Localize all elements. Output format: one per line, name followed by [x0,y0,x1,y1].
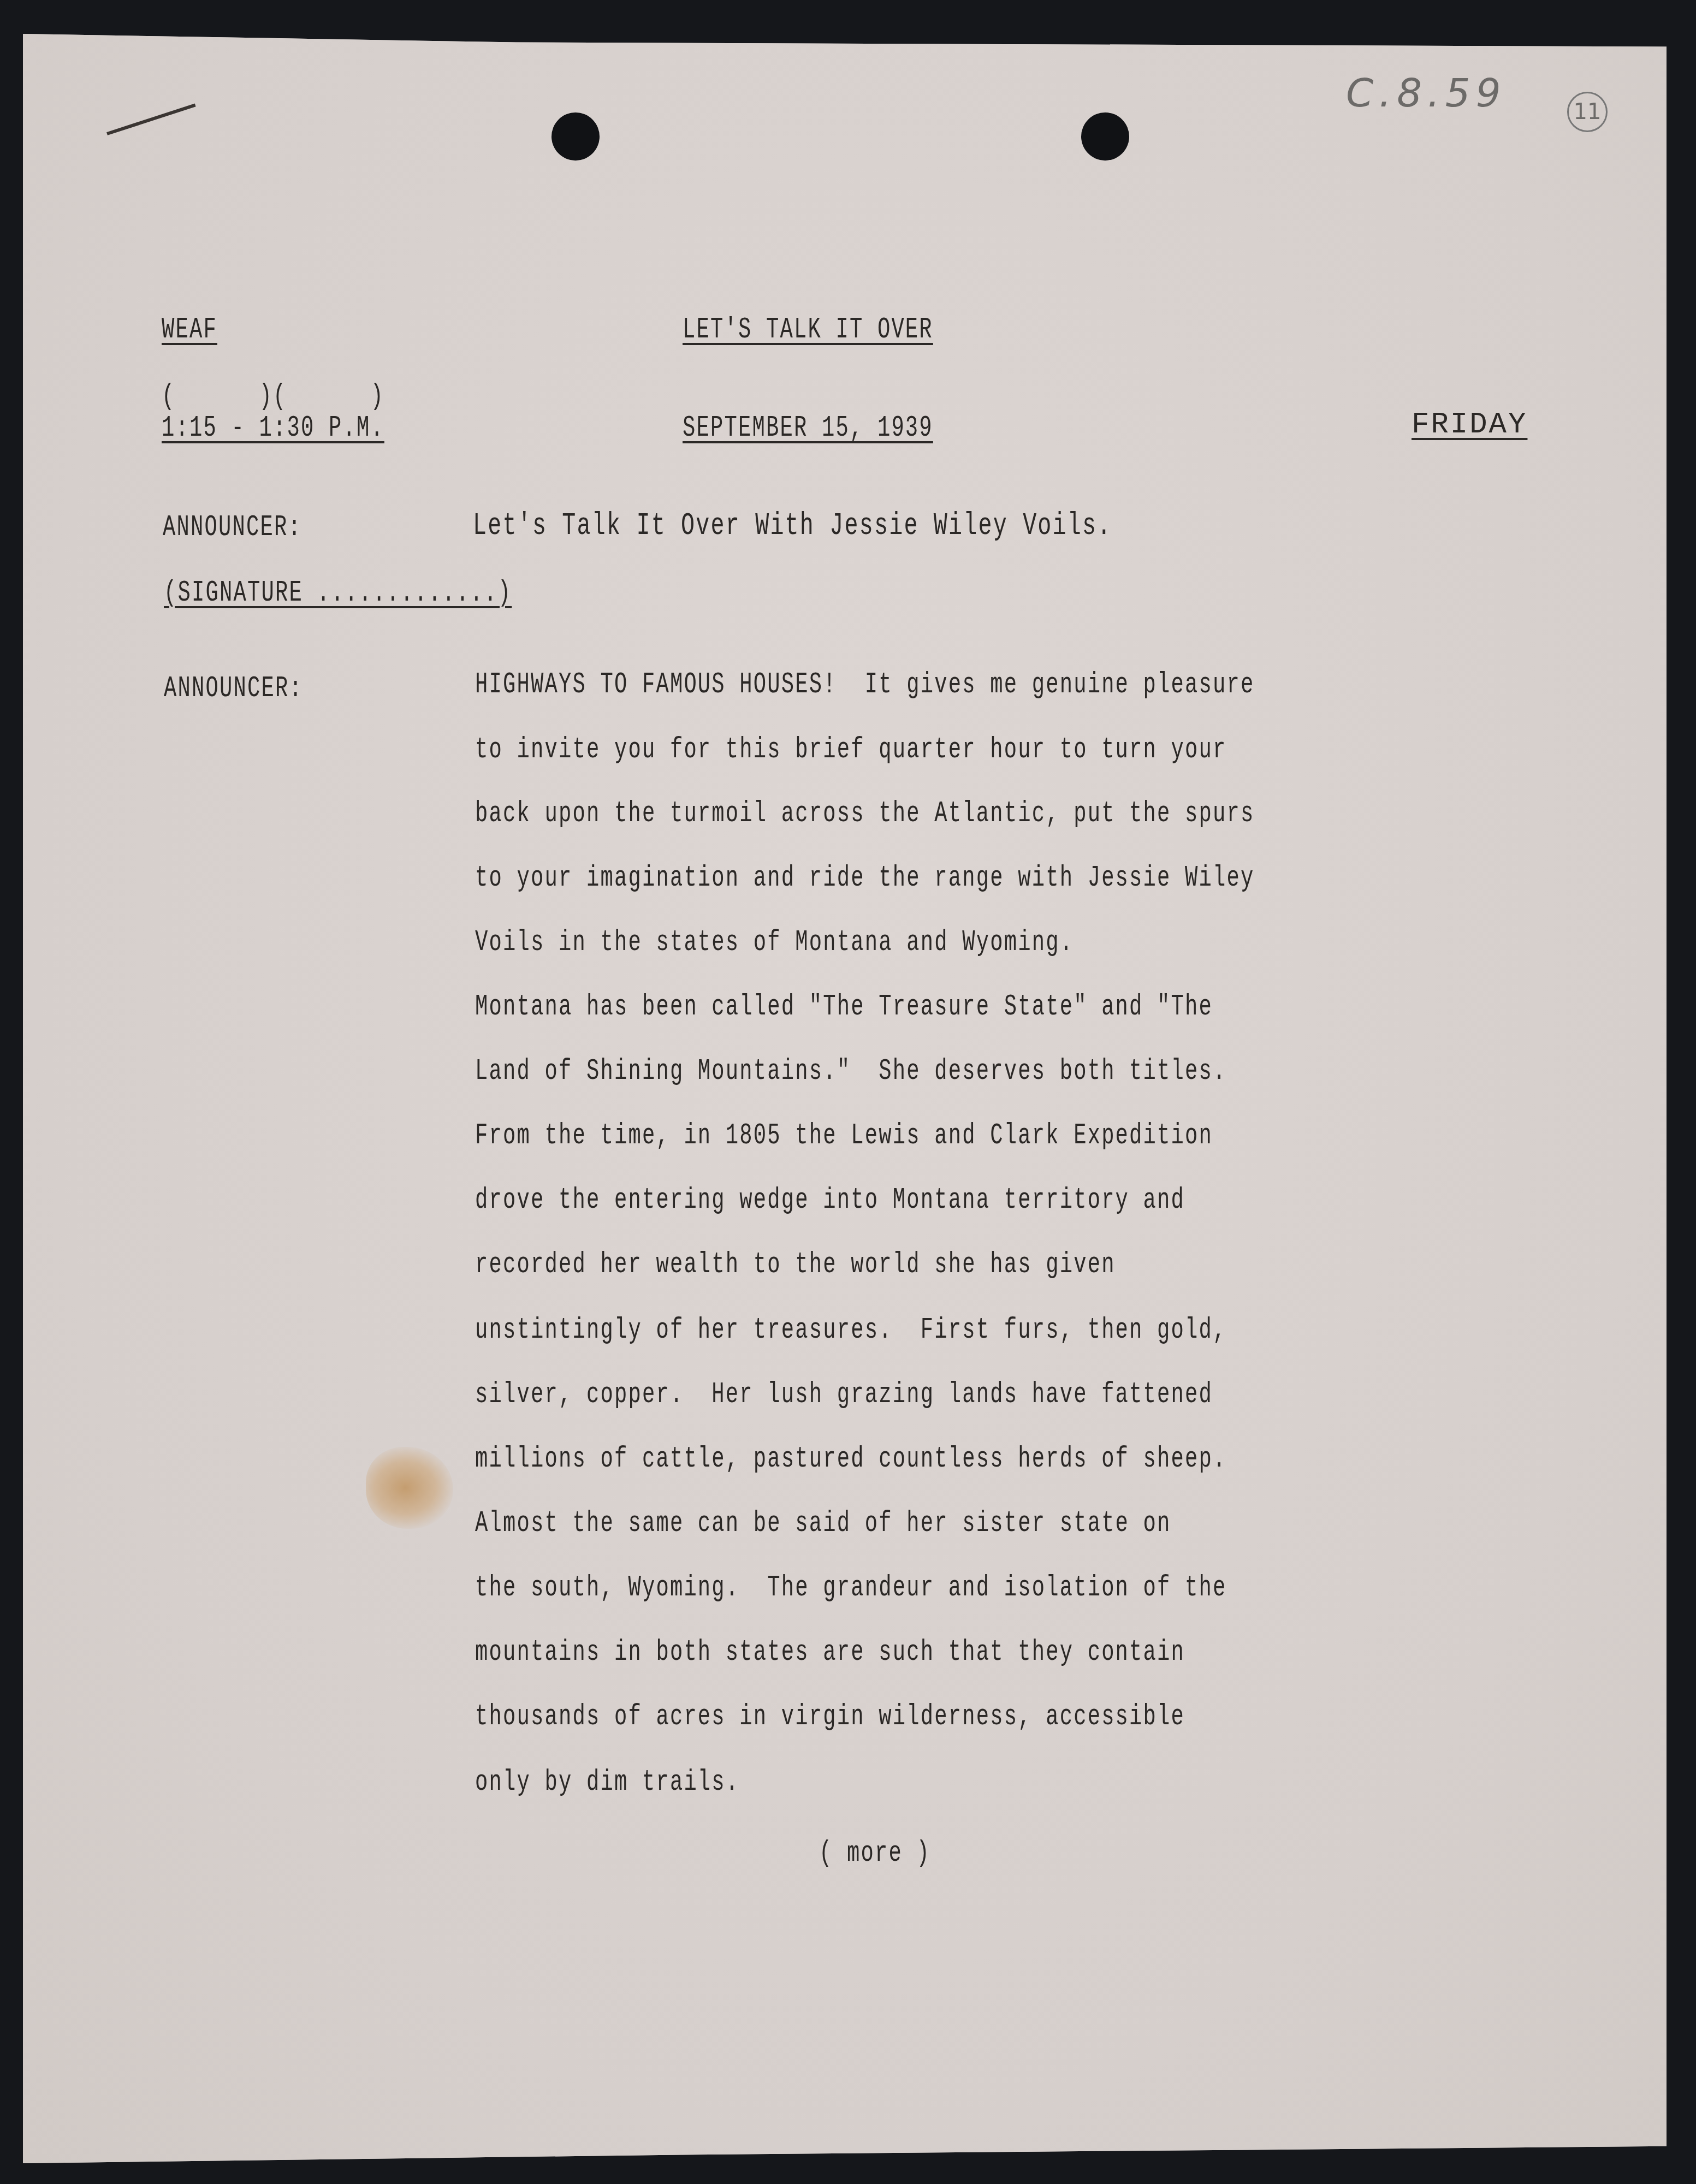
station-call-sign: WEAF [162,316,217,345]
script-line: silver, copper. Her lush grazing lands h… [475,1380,1213,1410]
signature-cue: (SIGNATURE .............) [164,579,512,608]
script-line: Montana has been called "The Treasure St… [475,993,1213,1022]
punch-hole-left [552,112,600,161]
broadcast-date: SEPTEMBER 15, 1939 [683,414,933,443]
script-line: back upon the turmoil across the Atlanti… [475,799,1255,829]
announcer-line: Let's Talk It Over With Jessie Wiley Voi… [473,511,1112,542]
script-line: only by dim trails. [475,1768,739,1797]
time-brackets: ( )( ) [162,382,384,412]
script-line: HIGHWAYS TO FAMOUS HOUSES! It gives me g… [475,670,1255,700]
script-line: thousands of acres in virgin wilderness,… [475,1702,1185,1732]
script-line: to invite you for this brief quarter hou… [475,735,1227,765]
page-number-circled: 11 [1567,92,1608,132]
script-line: From the time, in 1805 the Lewis and Cla… [475,1121,1213,1151]
speaker-label: ANNOUNCER: [163,513,302,543]
script-line: recorded her wealth to the world she has… [475,1250,1116,1280]
script-line: drove the entering wedge into Montana te… [475,1186,1185,1215]
script-line: to your imagination and ride the range w… [475,864,1255,893]
broadcast-day: FRIDAY [1412,411,1527,440]
script-line: mountains in both states are such that t… [475,1638,1185,1667]
script-line: unstintingly of her treasures. First fur… [475,1316,1227,1345]
script-line: the south, Wyoming. The grandeur and iso… [475,1574,1227,1603]
script-line: Land of Shining Mountains." She deserves… [475,1057,1227,1087]
script-line: Almost the same can be said of her siste… [475,1509,1171,1539]
broadcast-time: 1:15 - 1:30 P.M. [162,414,384,443]
continuation-marker: ( more ) [819,1839,930,1868]
pencil-reference-note: C.8.59 [1346,70,1506,116]
program-title: LET'S TALK IT OVER [683,316,933,345]
script-line: millions of cattle, pastured countless h… [475,1445,1227,1474]
punch-hole-right [1081,112,1129,161]
speaker-label: ANNOUNCER: [164,674,303,704]
script-line: Voils in the states of Montana and Wyomi… [475,928,1074,958]
